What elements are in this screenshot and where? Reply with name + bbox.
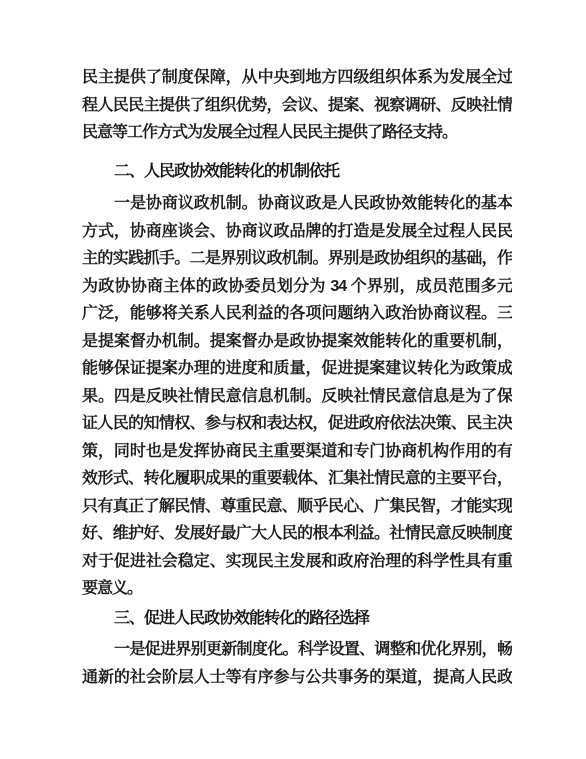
text-line: 只有真正了解民情、尊重民意、顺乎民心、广集民智，才能实现 (82, 493, 512, 521)
text-line: 主的实践抓手。二是界别议政机制。界别是政协组织的基础，作 (82, 245, 512, 273)
text-line: 能够保证提案办理的进度和质量，促进提案建议转化为政策成 (82, 355, 512, 383)
document-page: 民主提供了制度保障，从中央到地方四级组织体系为发展全过 程人民民主提供了组织优势… (0, 0, 586, 759)
text-line: 是提案督办机制。提案督办是政协提案效能转化的重要机制， (82, 328, 512, 356)
text-line: 证人民的知情权、参与权和表达权，促进政府依法决策、民主决 (82, 410, 512, 438)
text-line: 要意义。 (82, 575, 512, 603)
text-line: 果。四是反映社情民意信息机制。反映社情民意信息是为了保 (82, 383, 512, 411)
text-line: 策，同时也是发挥协商民主重要渠道和专门协商机构作用的有 (82, 438, 512, 466)
text-line: 效形式、转化履职成果的重要载体、汇集社情民意的主要平台， (82, 465, 512, 493)
text-line: 一是协商议政机制。协商议政是人民政协效能转化的基本 (82, 190, 512, 218)
text-line: 广泛，能够将关系人民利益的各项问题纳入政治协商议程。三 (82, 300, 512, 328)
text-line: 方式，协商座谈会、协商议政品牌的打造是发展全过程人民民 (82, 218, 512, 246)
section-heading: 二、人民政协效能转化的机制依托 (82, 158, 512, 186)
text-line: 对于促进社会稳定、实现民主发展和政府治理的科学性具有重 (82, 548, 512, 576)
section-heading: 三、促进人民政协效能转化的路径选择 (82, 605, 512, 633)
text-line: 通新的社会阶层人士等有序参与公共事务的渠道，提高人民政 (82, 664, 512, 692)
text-block: 民主提供了制度保障，从中央到地方四级组织体系为发展全过 程人民民主提供了组织优势… (82, 64, 512, 691)
text-line: 为政协协商主体的政协委员划分为 34 个界别，成员范围多元 (82, 273, 512, 301)
text-line: 一是促进界别更新制度化。科学设置、调整和优化界别，畅 (82, 636, 512, 664)
text-line: 好、维护好、发展好最广大人民的根本利益。社情民意反映制度 (82, 520, 512, 548)
text-line: 民主提供了制度保障，从中央到地方四级组织体系为发展全过 (82, 64, 512, 92)
text-line: 民意等工作方式为发展全过程人民民主提供了路径支持。 (82, 119, 512, 147)
text-line: 程人民民主提供了组织优势，会议、提案、视察调研、反映社情 (82, 92, 512, 120)
